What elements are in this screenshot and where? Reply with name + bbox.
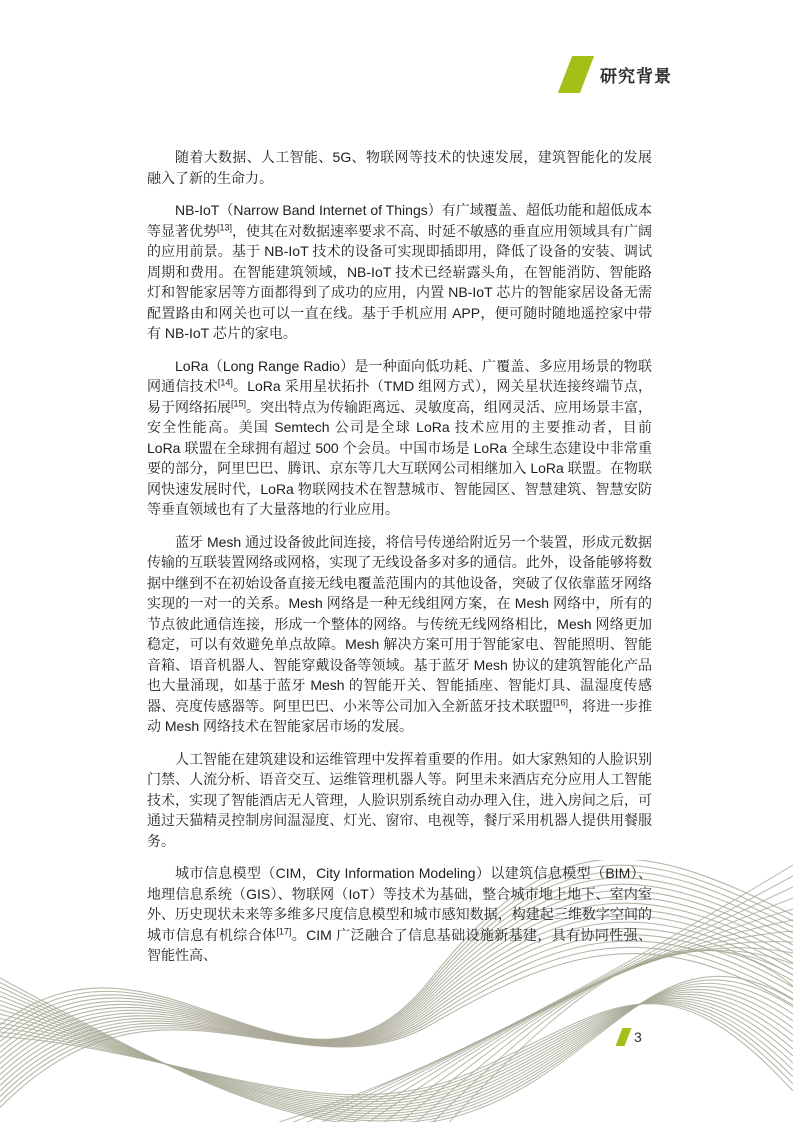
citation-ref: [14]: [218, 377, 233, 387]
section-title: 研究背景: [600, 62, 672, 87]
page-footer: 3: [619, 1028, 642, 1046]
paragraph-text: ，使其在对数据速率要求不高、时延不敏感的垂直应用领域具有广阔的应用前景。基于 N…: [147, 223, 652, 342]
paragraph: 蓝牙 Mesh 通过设备彼此间连接，将信号传递给附近另一个装置，形成元数据传输的…: [147, 532, 652, 737]
paragraph: 城市信息模型（CIM，City Information Modeling）以建筑…: [147, 863, 652, 966]
document-page: 研究背景 随着大数据、人工智能、5G、物联网等技术的快速发展，建筑智能化的发展融…: [0, 0, 793, 1122]
paragraph-text: 。突出特点为传输距离远、灵敏度高，组网灵活、应用场景丰富，安全性能高。美国 Se…: [147, 399, 652, 518]
paragraph: 人工智能在建筑建设和运维管理中发挥着重要的作用。如大家熟知的人脸识别门禁、人流分…: [147, 749, 652, 852]
citation-ref: [13]: [217, 222, 232, 232]
paragraph: NB-IoT（Narrow Band Internet of Things）有广…: [147, 200, 652, 344]
citation-ref: [17]: [276, 926, 291, 936]
citation-ref: [15]: [231, 398, 246, 408]
page-marker-icon: [616, 1028, 632, 1046]
body-text: 随着大数据、人工智能、5G、物联网等技术的快速发展，建筑智能化的发展融入了新的生…: [147, 147, 652, 978]
section-marker-icon: [558, 56, 594, 93]
paragraph: LoRa（Long Range Radio）是一种面向低功耗、广覆盖、多应用场景…: [147, 356, 652, 520]
paragraph-text: 随着大数据、人工智能、5G、物联网等技术的快速发展，建筑智能化的发展融入了新的生…: [147, 149, 652, 186]
page-number: 3: [634, 1029, 642, 1045]
citation-ref: [16]: [553, 697, 568, 707]
page-header: 研究背景: [565, 56, 672, 93]
paragraph: 随着大数据、人工智能、5G、物联网等技术的快速发展，建筑智能化的发展融入了新的生…: [147, 147, 652, 188]
paragraph-text: 蓝牙 Mesh 通过设备彼此间连接，将信号传递给附近另一个装置，形成元数据传输的…: [147, 534, 652, 714]
paragraph-text: 人工智能在建筑建设和运维管理中发挥着重要的作用。如大家熟知的人脸识别门禁、人流分…: [147, 751, 652, 849]
